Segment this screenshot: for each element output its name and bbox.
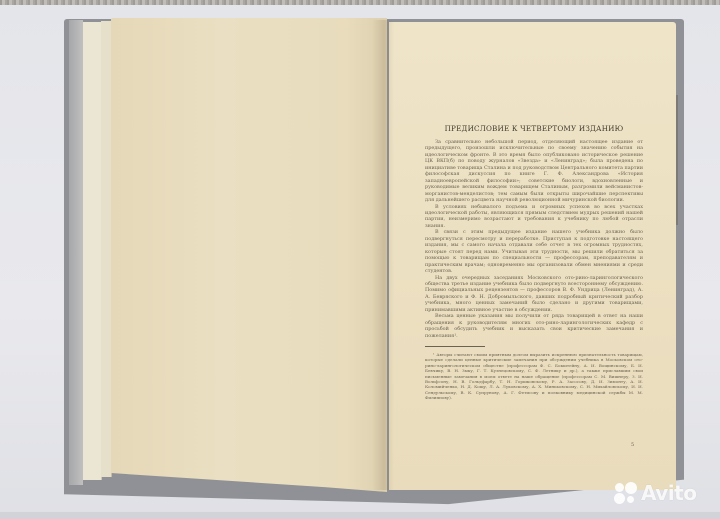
paragraph: Весьма ценные указания мы получили от ря…	[425, 313, 643, 339]
avito-wordmark: Avito	[641, 481, 696, 505]
page-text-block: ПРЕДИСЛОВИЕ К ЧЕТВЕРТОМУ ИЗДАНИЮ За срав…	[425, 124, 643, 401]
paragraph: В условиях небывалого подъема и огромных…	[425, 204, 643, 230]
footnote-divider	[425, 346, 485, 347]
page-number: 5	[631, 442, 634, 448]
footnote: ¹ Авторы считают своим приятным долгом в…	[425, 352, 643, 401]
avito-watermark: Avito	[614, 479, 696, 507]
background-strip-bottom	[0, 512, 720, 519]
page-edge-wear	[676, 95, 678, 225]
paragraph: На двух очередных заседаниях Московского…	[425, 275, 643, 314]
avito-logo-icon	[614, 482, 638, 504]
page-edges-outer	[83, 22, 102, 480]
book-board-edge	[69, 20, 83, 485]
page-heading: ПРЕДИСЛОВИЕ К ЧЕТВЕРТОМУ ИЗДАНИЮ	[425, 124, 643, 133]
page-edges-inner	[101, 21, 112, 477]
paragraph: В связи с этим предыдущее издание нашего…	[425, 229, 643, 274]
paragraph: За сравнительно небольшой период, отделя…	[425, 139, 643, 204]
right-page: ПРЕДИСЛОВИЕ К ЧЕТВЕРТОМУ ИЗДАНИЮ За срав…	[389, 22, 676, 490]
left-page-blank	[111, 18, 387, 492]
background-strip-top	[0, 0, 720, 5]
book-gutter-shadow	[372, 20, 394, 490]
